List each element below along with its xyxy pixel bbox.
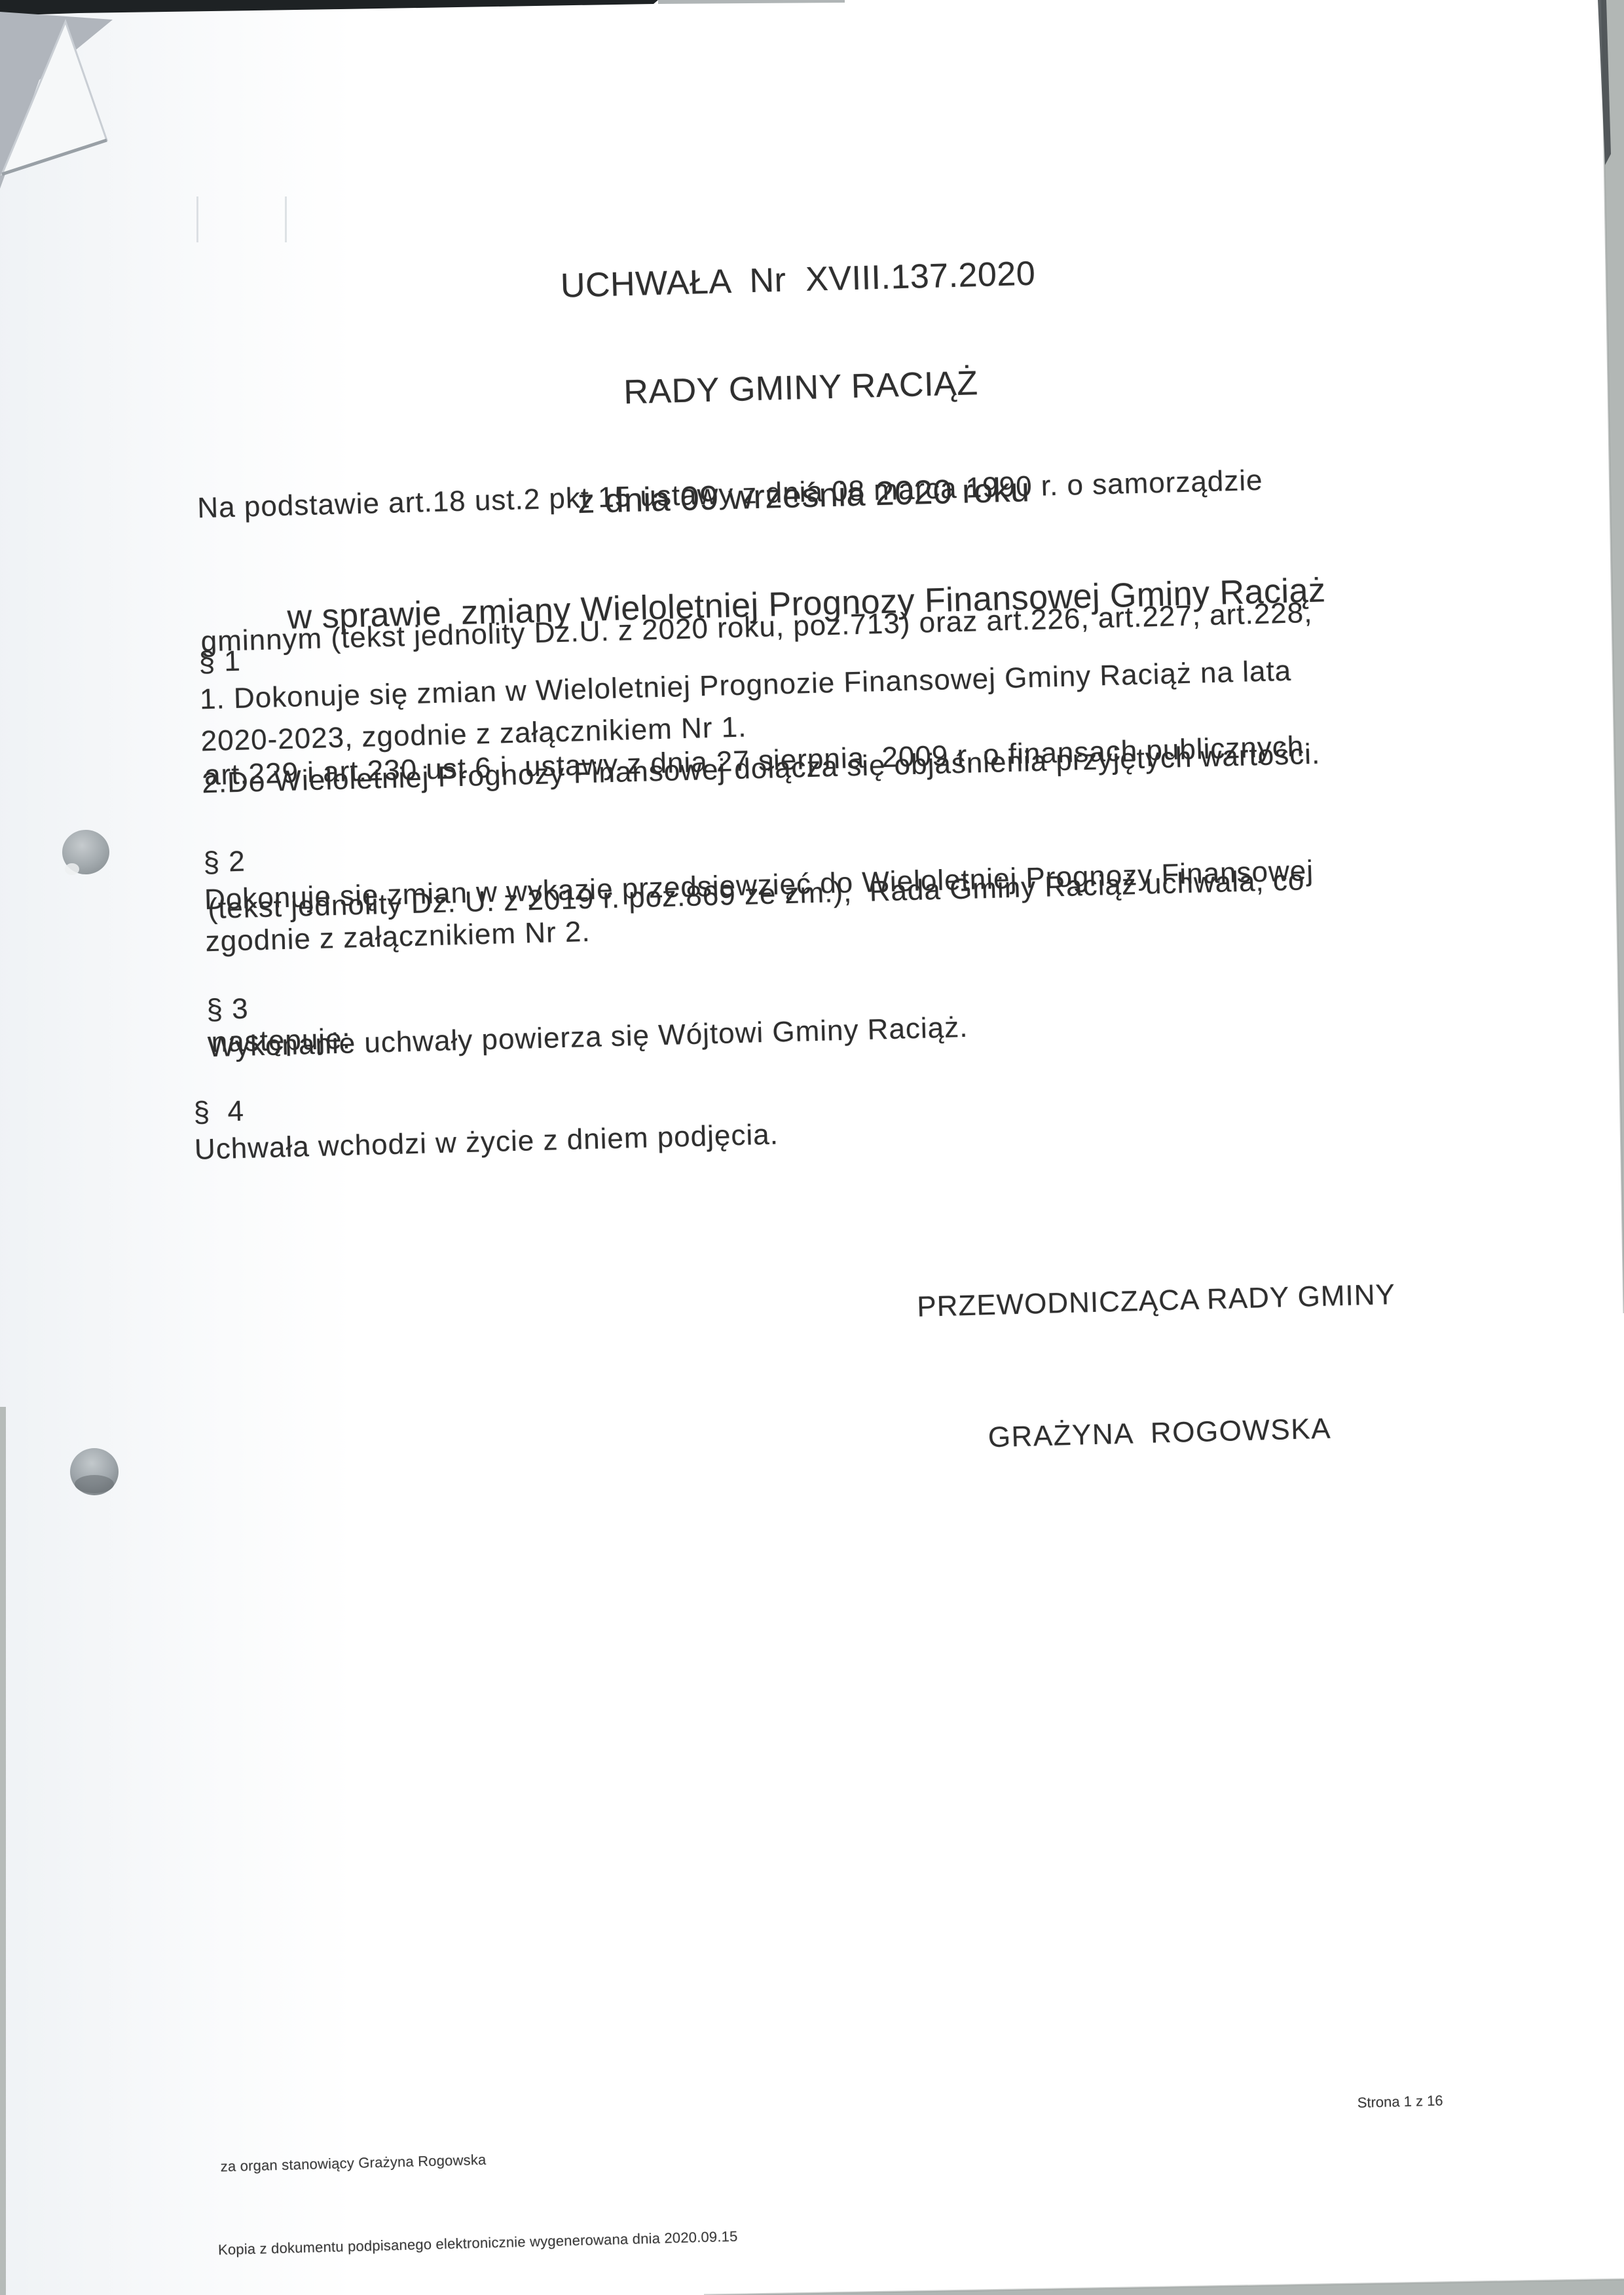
scan-edge-left	[0, 1407, 6, 2295]
footer-left: za organ stanowiący Grażyna Rogowska Kop…	[219, 2111, 739, 2293]
document-content: UCHWAŁA Nr XVIII.137.2020 RADY GMINY RAC…	[0, 0, 1624, 2294]
preamble-line: Na podstawie art.18 ust.2 pkt 15 ustawy …	[197, 454, 1442, 531]
footer-copy-note: Kopia z dokumentu podpisanego elektronic…	[218, 2228, 738, 2259]
page-indicator: Strona 1 z 16	[1357, 2092, 1443, 2111]
signature-name: GRAŻYNA ROGOWSKA	[900, 1410, 1418, 1457]
section-4: § 4 Uchwała wchodzi w życie z dniem podj…	[193, 1081, 779, 1171]
scanned-page: { "document": { "title_lines": [ "UCHWAŁ…	[0, 0, 1624, 2295]
signature-block: PRZEWODNICZĄCA RADY GMINY GRAŻYNA ROGOWS…	[895, 1212, 1420, 1522]
title-line-number: UCHWAŁA Nr XVIII.137.2020	[241, 248, 1355, 312]
signature-role: PRZEWODNICZĄCA RADY GMINY	[897, 1278, 1415, 1324]
footer-authority-note: za organ stanowiący Grażyna Rogowska	[220, 2145, 735, 2176]
section-1: § 1 1. Dokonuje się zmian w Wieloletniej…	[198, 617, 1321, 805]
